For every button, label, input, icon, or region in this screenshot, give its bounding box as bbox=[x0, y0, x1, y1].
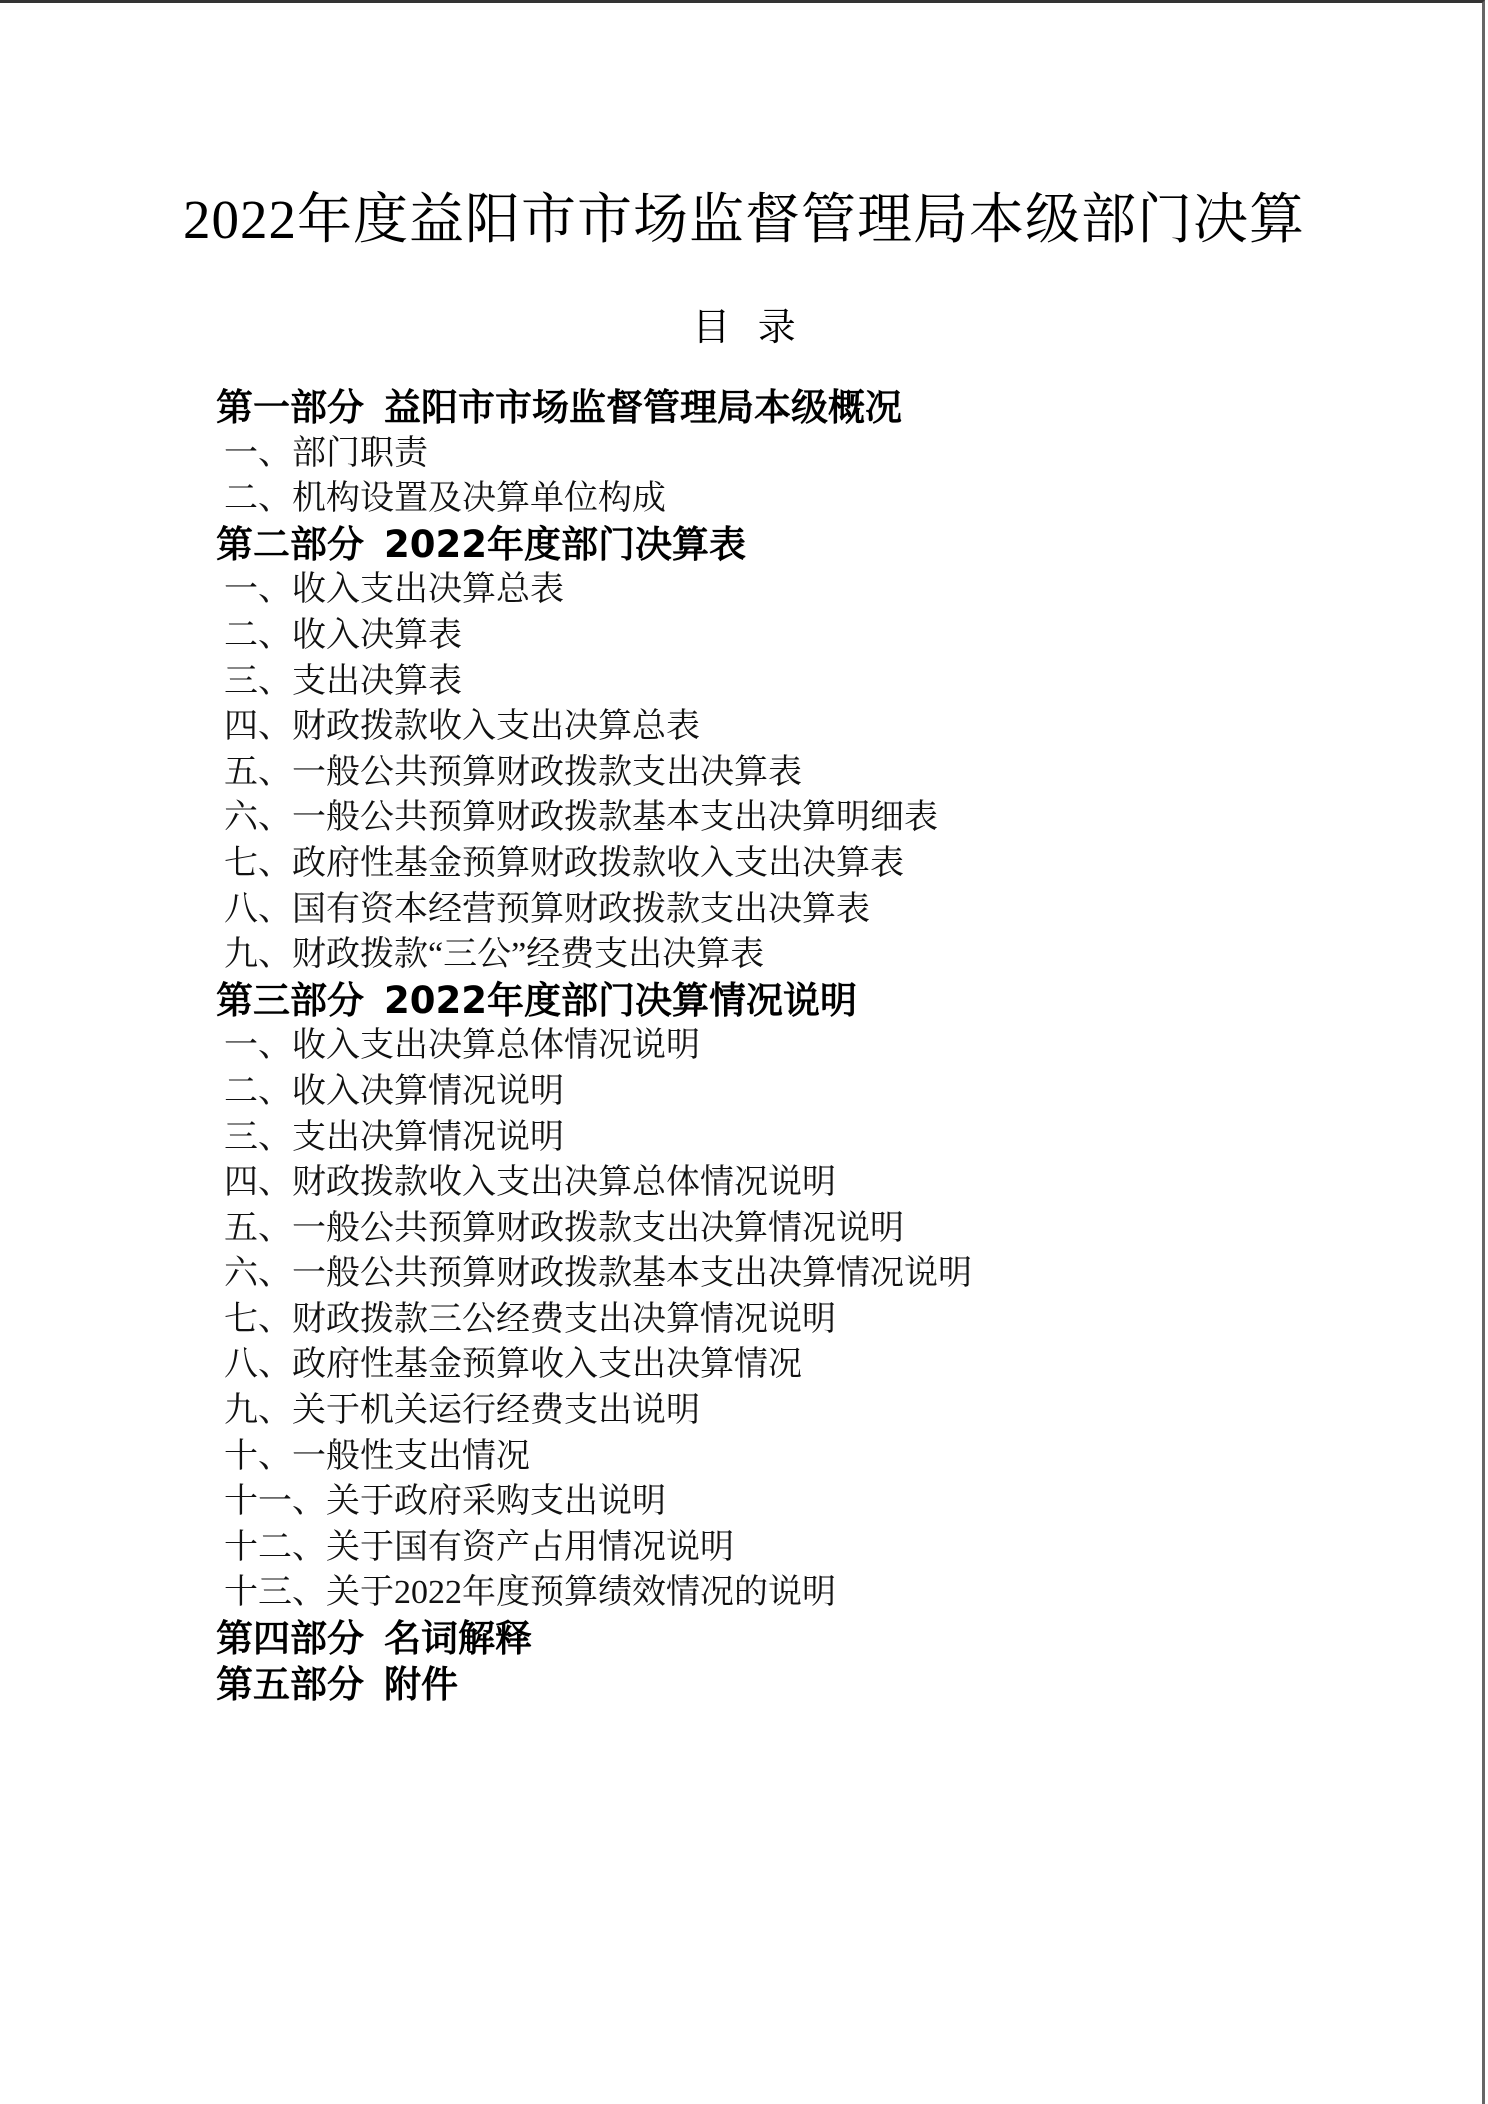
toc-item[interactable]: 二、收入决算情况说明 bbox=[216, 1069, 1316, 1115]
toc-item[interactable]: 十三、关于2022年度预算绩效情况的说明 bbox=[216, 1570, 1316, 1616]
part-name: 附件 bbox=[384, 1663, 458, 1706]
document-title: 2022年度益阳市市场监督管理局本级部门决算 bbox=[0, 185, 1488, 255]
toc-item[interactable]: 五、一般公共预算财政拨款支出决算表 bbox=[216, 750, 1316, 796]
toc-item[interactable]: 三、支出决算表 bbox=[216, 659, 1316, 705]
part-label: 第一部分 bbox=[216, 386, 364, 429]
toc-item[interactable]: 八、政府性基金预算收入支出决算情况 bbox=[216, 1342, 1316, 1388]
part-label: 第五部分 bbox=[216, 1663, 364, 1706]
toc-item[interactable]: 一、部门职责 bbox=[216, 431, 1316, 477]
toc-part-3[interactable]: 第三部分2022年度部门决算情况说明 bbox=[216, 978, 1316, 1024]
toc-item[interactable]: 六、一般公共预算财政拨款基本支出决算情况说明 bbox=[216, 1251, 1316, 1297]
document-page: 2022年度益阳市市场监督管理局本级部门决算 目 录 第一部分益阳市市场监督管理… bbox=[0, 0, 1485, 2104]
part-label: 第四部分 bbox=[216, 1617, 364, 1660]
part-name: 益阳市市场监督管理局本级概况 bbox=[384, 386, 902, 429]
toc-part-1[interactable]: 第一部分益阳市市场监督管理局本级概况 bbox=[216, 385, 1316, 431]
table-of-contents: 第一部分益阳市市场监督管理局本级概况 一、部门职责 二、机构设置及决算单位构成 … bbox=[216, 385, 1316, 1707]
toc-part-4[interactable]: 第四部分名词解释 bbox=[216, 1616, 1316, 1662]
toc-item[interactable]: 二、机构设置及决算单位构成 bbox=[216, 476, 1316, 522]
toc-item[interactable]: 六、一般公共预算财政拨款基本支出决算明细表 bbox=[216, 795, 1316, 841]
toc-item[interactable]: 三、支出决算情况说明 bbox=[216, 1115, 1316, 1161]
toc-item[interactable]: 十一、关于政府采购支出说明 bbox=[216, 1479, 1316, 1525]
toc-item[interactable]: 二、收入决算表 bbox=[216, 613, 1316, 659]
toc-part-2[interactable]: 第二部分2022年度部门决算表 bbox=[216, 522, 1316, 568]
toc-item[interactable]: 一、收入支出决算总表 bbox=[216, 567, 1316, 613]
part-label: 第三部分 bbox=[216, 979, 364, 1022]
toc-item[interactable]: 一、收入支出决算总体情况说明 bbox=[216, 1023, 1316, 1069]
toc-heading: 目 录 bbox=[0, 305, 1488, 351]
part-name: 名词解释 bbox=[384, 1617, 532, 1660]
toc-item[interactable]: 四、财政拨款收入支出决算总表 bbox=[216, 704, 1316, 750]
part-label: 第二部分 bbox=[216, 523, 364, 566]
toc-part-5[interactable]: 第五部分附件 bbox=[216, 1662, 1316, 1708]
toc-item[interactable]: 五、一般公共预算财政拨款支出决算情况说明 bbox=[216, 1206, 1316, 1252]
toc-item[interactable]: 九、财政拨款“三公”经费支出决算表 bbox=[216, 932, 1316, 978]
toc-item[interactable]: 九、关于机关运行经费支出说明 bbox=[216, 1388, 1316, 1434]
toc-item[interactable]: 十、一般性支出情况 bbox=[216, 1434, 1316, 1480]
toc-item[interactable]: 七、财政拨款三公经费支出决算情况说明 bbox=[216, 1297, 1316, 1343]
toc-item[interactable]: 十二、关于国有资产占用情况说明 bbox=[216, 1525, 1316, 1571]
part-name: 2022年度部门决算情况说明 bbox=[384, 979, 857, 1022]
toc-item[interactable]: 八、国有资本经营预算财政拨款支出决算表 bbox=[216, 887, 1316, 933]
toc-item[interactable]: 七、政府性基金预算财政拨款收入支出决算表 bbox=[216, 841, 1316, 887]
toc-item[interactable]: 四、财政拨款收入支出决算总体情况说明 bbox=[216, 1160, 1316, 1206]
part-name: 2022年度部门决算表 bbox=[384, 523, 746, 566]
